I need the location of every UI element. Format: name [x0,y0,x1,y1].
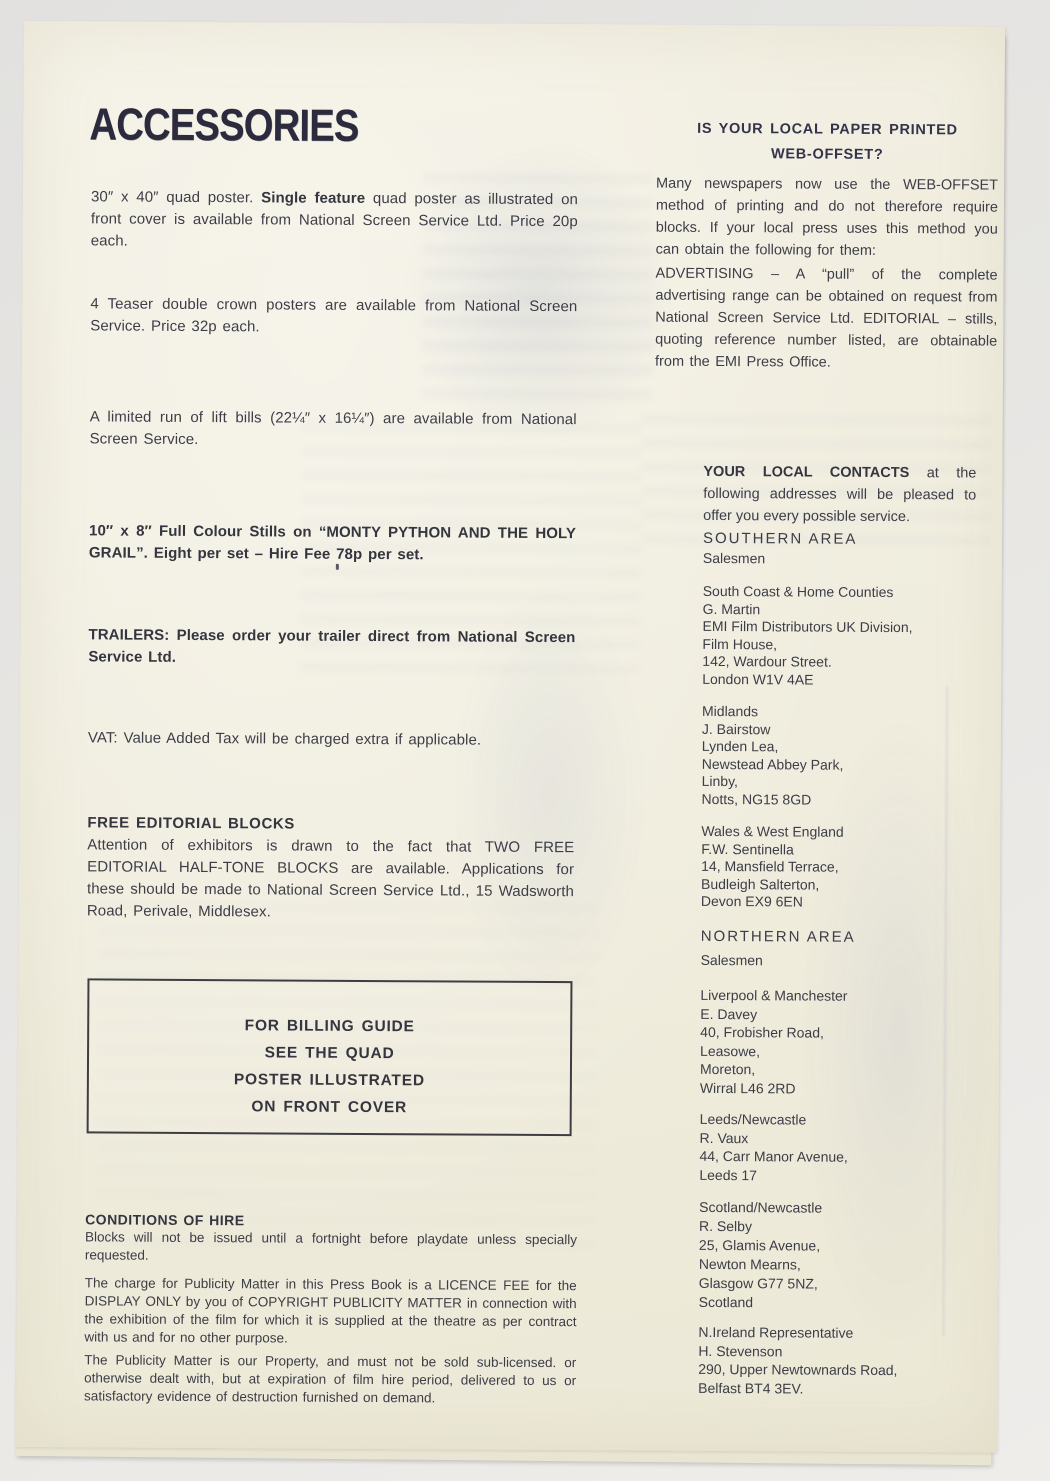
web-offset-heading: IS YOUR LOCAL PAPER PRINTED WEB-OFFSET? [656,117,998,169]
contact-leeds-newcastle: Leeds/Newcastle R. Vaux 44, Carr Manor A… [699,1110,999,1186]
northern-area-subtitle: Salesmen [701,952,991,970]
southern-area-subtitle: Salesmen [703,550,993,568]
contact-south-coast-home-counties: South Coast & Home Counties G. Martin EM… [702,583,1003,690]
southern-area-title: SOUTHERN AREA [703,530,993,549]
scanned-pressbook-photo: ACCESSORIES 30″ x 40″ quad poster. Singl… [0,0,1050,1481]
free-editorial-blocks-title: FREE EDITORIAL BLOCKS [87,812,574,837]
conditions-paragraph-1: Blocks will not be issued until a fortni… [85,1228,577,1267]
page-title: ACCESSORIES [89,101,358,148]
local-contacts-intro: YOUR LOCAL CONTACTS at the following add… [703,461,976,529]
web-offset-paragraph: Many newspapers now use the WEB-OFFSET m… [656,173,999,263]
paragraph-colour-stills: 10″ x 8″ Full Colour Stills on “MONTY PY… [89,520,576,567]
contact-n-ireland: N.Ireland Representative H. Stevenson 29… [698,1323,998,1399]
billing-guide-box: FOR BILLING GUIDE SEE THE QUAD POSTER IL… [87,978,573,1136]
show-through-ghost [402,138,674,450]
paragraph-trailers: TRAILERS: Please order your trailer dire… [88,624,575,671]
quad-poster-text: 30″ x 40″ quad poster. [91,188,261,206]
quad-poster-bold: Single feature [261,189,365,207]
local-contacts-intro-bold: YOUR LOCAL CONTACTS [703,464,909,481]
paragraph-vat: VAT: Value Added Tax will be charged ext… [88,727,575,752]
conditions-paragraph-2: The charge for Publicity Matter in this … [84,1274,576,1349]
conditions-of-hire-section: CONDITIONS OF HIRE Blocks will not be is… [85,1210,577,1267]
contact-liverpool-manchester: Liverpool & Manchester E. Davey 40, Frob… [700,986,1001,1099]
paragraph-lift-bills: A limited run of lift bills (22¼″ x 16¼″… [90,406,577,453]
contact-wales-west-england: Wales & West England F.W. Sentinella 14,… [701,823,1001,912]
paragraph-teaser-posters: 4 Teaser double crown posters are availa… [90,293,577,340]
northern-area-title: NORTHERN AREA [701,928,991,947]
conditions-paragraph-3: The Publicity Matter is our Property, an… [84,1351,576,1408]
contact-midlands: Midlands J. Bairstow Lynden Lea, Newstea… [701,703,1002,810]
pressbook-page: ACCESSORIES 30″ x 40″ quad poster. Singl… [16,21,1005,1453]
free-editorial-blocks-body: Attention of exhibitors is drawn to the … [87,834,574,925]
advertising-editorial-paragraph: ADVERTISING – A “pull” of the complete a… [655,263,998,375]
paragraph-quad-poster: 30″ x 40″ quad poster. Single feature qu… [91,186,578,255]
free-editorial-blocks-section: FREE EDITORIAL BLOCKS Attention of exhib… [87,812,575,925]
contact-scotland-newcastle: Scotland/Newcastle R. Selby 25, Glamis A… [699,1198,1000,1314]
billing-guide-text: FOR BILLING GUIDE SEE THE QUAD POSTER IL… [234,1012,426,1121]
